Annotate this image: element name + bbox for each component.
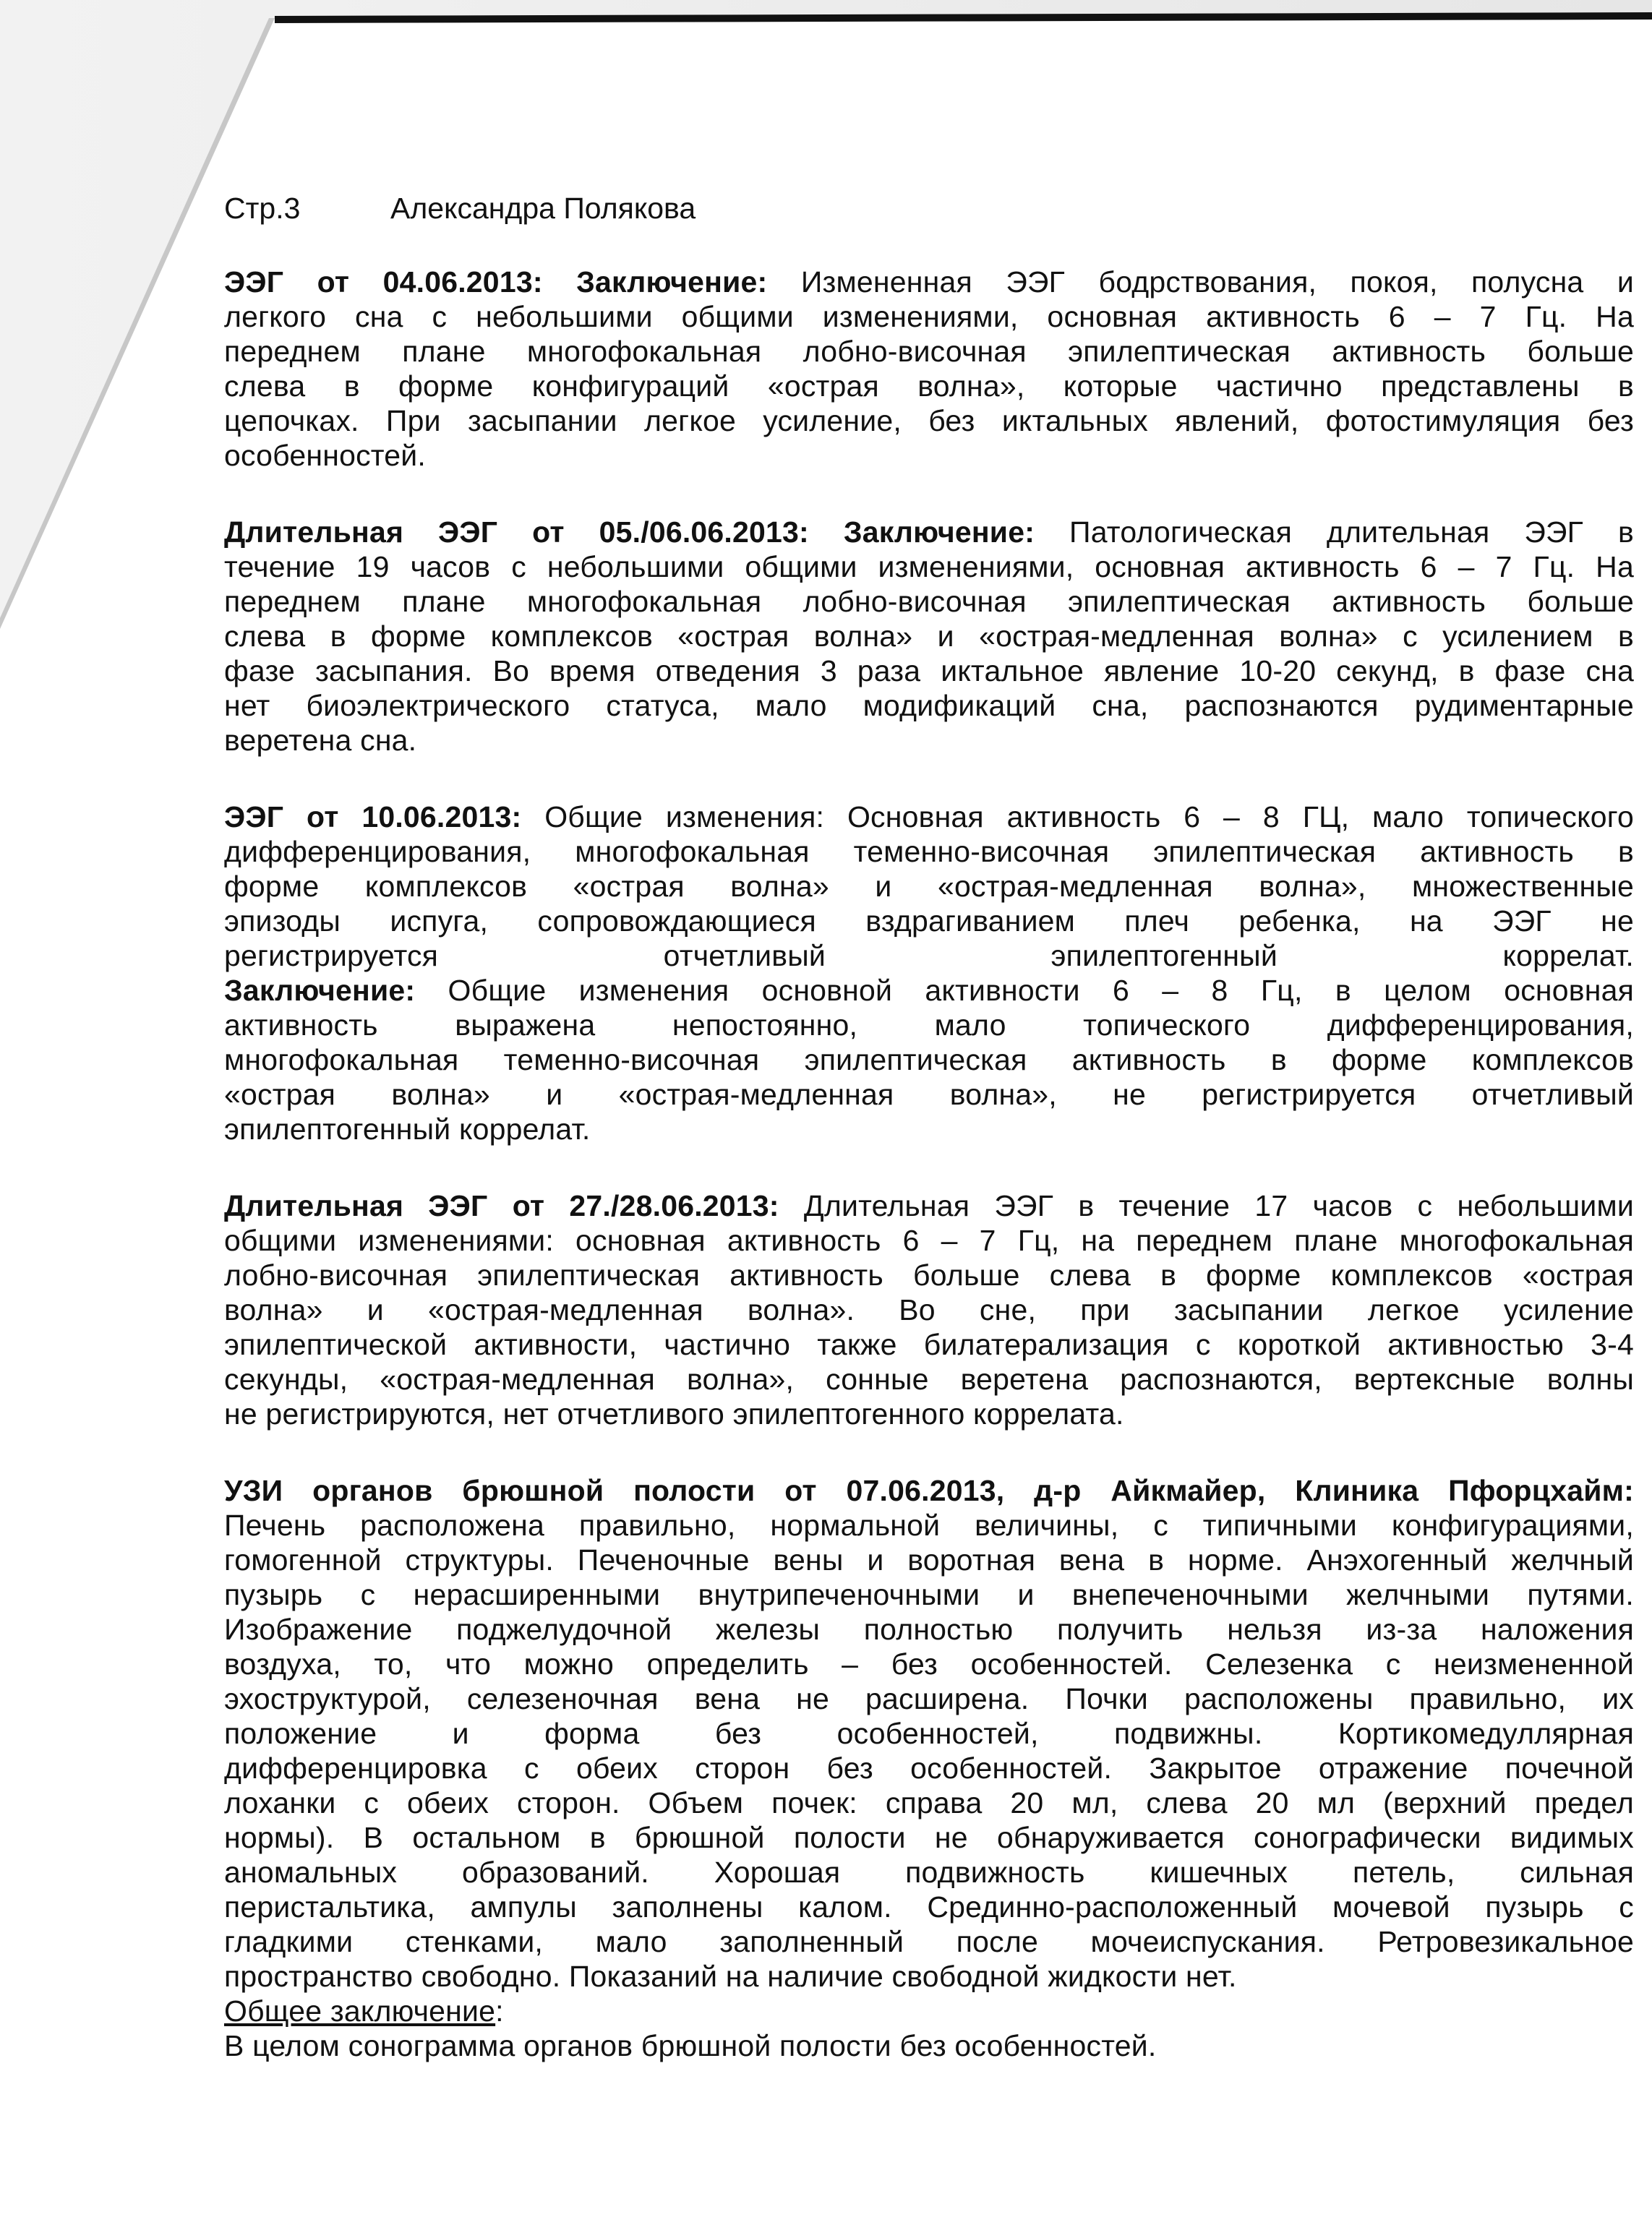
text: эпилептогенный коррелат. bbox=[224, 1112, 590, 1146]
text: веретена сна. bbox=[224, 724, 416, 757]
text-line: легкого сна с небольшими общими изменени… bbox=[224, 299, 1634, 334]
text-line: переднем плане многофокальная лобно-висо… bbox=[224, 584, 1634, 619]
bold-label: ЭЭГ от 04.06.2013: Заключение: bbox=[224, 265, 767, 299]
text-line: гладкими стенками, мало заполненный посл… bbox=[224, 1924, 1634, 1959]
text: В целом сонограмма органов брюшной полос… bbox=[224, 2029, 1156, 2062]
text: волна» и «острая-медленная волна». Во сн… bbox=[224, 1293, 1634, 1326]
text: переднем плане многофокальная лобно-висо… bbox=[224, 335, 1634, 368]
text: пузырь с нерасширенными внутрипеченочным… bbox=[224, 1578, 1634, 1611]
text-line: гомогенной структуры. Печеночные вены и … bbox=[224, 1543, 1634, 1577]
text-line: переднем плане многофокальная лобно-висо… bbox=[224, 334, 1634, 369]
text: слева в форме конфигураций «острая волна… bbox=[224, 369, 1634, 403]
text-line: дифференцирования, многофокальная теменн… bbox=[224, 834, 1634, 869]
text: многофокальная теменно-височная эпилепти… bbox=[224, 1043, 1634, 1076]
text: форме комплексов «острая волна» и «остра… bbox=[224, 870, 1634, 903]
text: положение и форма без особенностей, подв… bbox=[224, 1717, 1634, 1750]
section-heading-line: Длительная ЭЭГ от 05./06.06.2013: Заключ… bbox=[224, 515, 1634, 549]
text-line: цепочках. При засыпании легкое усиление,… bbox=[224, 403, 1634, 438]
bold-label: Длительная ЭЭГ от 05./06.06.2013: Заключ… bbox=[224, 515, 1035, 549]
text: лоханки с обеих сторон. Объем почек: спр… bbox=[224, 1786, 1634, 1819]
text: Длительная ЭЭГ в течение 17 часов с небо… bbox=[779, 1189, 1634, 1222]
text-line: лобно-височная эпилептическая активность… bbox=[224, 1258, 1634, 1292]
section-eeg-0406: ЭЭГ от 04.06.2013: Заключение: Измененна… bbox=[224, 265, 1634, 473]
text-line: нет биоэлектрического статуса, мало моди… bbox=[224, 688, 1634, 723]
text-line: эпилептогенный коррелат. bbox=[224, 1112, 1634, 1146]
page-header: Стр.3Александра Полякова bbox=[224, 188, 1634, 228]
text-line: течение 19 часов с небольшими общими изм… bbox=[224, 549, 1634, 584]
text: Общие изменения: Основная активность 6 –… bbox=[521, 800, 1634, 833]
text: аномальных образований. Хорошая подвижно… bbox=[224, 1856, 1634, 1889]
text: активность выражена непостоянно, мало то… bbox=[224, 1008, 1634, 1042]
text: общими изменениями: основная активность … bbox=[224, 1224, 1634, 1257]
text-line: Заключение: Общие изменения основной акт… bbox=[224, 973, 1634, 1008]
text: гладкими стенками, мало заполненный посл… bbox=[224, 1925, 1634, 1958]
text-line: воздуха, то, что можно определить – без … bbox=[224, 1647, 1634, 1681]
text-line: Печень расположена правильно, нормальной… bbox=[224, 1508, 1634, 1543]
text-line: пространство свободно. Показаний на нали… bbox=[224, 1959, 1634, 1994]
text-line: В целом сонограмма органов брюшной полос… bbox=[224, 2028, 1634, 2063]
text: дифференцирования, многофокальная теменн… bbox=[224, 835, 1634, 868]
text-line: «острая волна» и «острая-медленная волна… bbox=[224, 1077, 1634, 1112]
text-line: фазе засыпания. Во время отведения 3 раз… bbox=[224, 653, 1634, 688]
text-line: веретена сна. bbox=[224, 723, 1634, 758]
text: течение 19 часов с небольшими общими изм… bbox=[224, 550, 1634, 583]
text: Печень расположена правильно, нормальной… bbox=[224, 1509, 1634, 1542]
text-line: особенностей. bbox=[224, 438, 1634, 473]
section-heading-line: ЭЭГ от 04.06.2013: Заключение: Измененна… bbox=[224, 265, 1634, 299]
underlined-label: Общее заключение bbox=[224, 1994, 495, 2028]
text-line: слева в форме конфигураций «острая волна… bbox=[224, 369, 1634, 403]
text-line: многофокальная теменно-височная эпилепти… bbox=[224, 1042, 1634, 1077]
page-number: Стр.3 bbox=[224, 188, 390, 228]
text-line: лоханки с обеих сторон. Объем почек: спр… bbox=[224, 1785, 1634, 1820]
text: секунды, «острая-медленная волна», сонны… bbox=[224, 1363, 1634, 1396]
text-line: регистрируется отчетливый эпилептогенный… bbox=[224, 938, 1634, 973]
text: цепочках. При засыпании легкое усиление,… bbox=[224, 404, 1634, 437]
section-eeg-0506: Длительная ЭЭГ от 05./06.06.2013: Заключ… bbox=[224, 515, 1634, 758]
text: регистрируется отчетливый эпилептогенный… bbox=[224, 939, 1634, 972]
text: эпилептической активности, частично такж… bbox=[224, 1328, 1634, 1361]
text-line: форме комплексов «острая волна» и «остра… bbox=[224, 869, 1634, 904]
section-heading-line: Длительная ЭЭГ от 27./28.06.2013: Длител… bbox=[224, 1188, 1634, 1223]
text: : bbox=[495, 1994, 504, 2028]
bold-label: УЗИ органов брюшной полости от 07.06.201… bbox=[224, 1474, 1634, 1507]
report-sections: ЭЭГ от 04.06.2013: Заключение: Измененна… bbox=[224, 265, 1634, 2063]
text-line: слева в форме комплексов «острая волна» … bbox=[224, 619, 1634, 653]
text: «острая волна» и «острая-медленная волна… bbox=[224, 1078, 1634, 1111]
section-heading-line: УЗИ органов брюшной полости от 07.06.201… bbox=[224, 1473, 1634, 1508]
document-page: Стр.3Александра Полякова ЭЭГ от 04.06.20… bbox=[224, 188, 1634, 2105]
section-heading-line: ЭЭГ от 10.06.2013: Общие изменения: Осно… bbox=[224, 799, 1634, 834]
text: нормы). В остальном в брюшной полости не… bbox=[224, 1821, 1634, 1854]
text: слева в форме комплексов «острая волна» … bbox=[224, 620, 1634, 653]
bold-label: Длительная ЭЭГ от 27./28.06.2013: bbox=[224, 1189, 779, 1222]
text-line: нормы). В остальном в брюшной полости не… bbox=[224, 1820, 1634, 1855]
text: Патологическая длительная ЭЭГ в bbox=[1035, 515, 1634, 549]
text: воздуха, то, что можно определить – без … bbox=[224, 1647, 1634, 1681]
text-line: активность выражена непостоянно, мало то… bbox=[224, 1008, 1634, 1042]
text-line: аномальных образований. Хорошая подвижно… bbox=[224, 1855, 1634, 1890]
text: перистальтика, ампулы заполнены калом. С… bbox=[224, 1890, 1634, 1924]
bold-label: ЭЭГ от 10.06.2013: bbox=[224, 800, 521, 833]
text: лобно-височная эпилептическая активность… bbox=[224, 1259, 1634, 1292]
text-line: эпилептической активности, частично такж… bbox=[224, 1327, 1634, 1362]
bold-label: Заключение: bbox=[224, 974, 415, 1007]
patient-name: Александра Полякова bbox=[390, 192, 696, 225]
text-line: эпизоды испуга, сопровождающиеся вздраги… bbox=[224, 904, 1634, 938]
text: нет биоэлектрического статуса, мало моди… bbox=[224, 689, 1634, 722]
text: эхоструктурой, селезеночная вена не расш… bbox=[224, 1682, 1634, 1715]
text-line: общими изменениями: основная активность … bbox=[224, 1223, 1634, 1258]
text-line: Общее заключение: bbox=[224, 1994, 1634, 2028]
text: не регистрируются, нет отчетливого эпиле… bbox=[224, 1397, 1124, 1431]
text-line: положение и форма без особенностей, подв… bbox=[224, 1716, 1634, 1751]
text: особенностей. bbox=[224, 439, 426, 472]
section-ultrasound-0706: УЗИ органов брюшной полости от 07.06.201… bbox=[224, 1473, 1634, 2063]
text-line: эхоструктурой, селезеночная вена не расш… bbox=[224, 1681, 1634, 1716]
text-line: перистальтика, ампулы заполнены калом. С… bbox=[224, 1890, 1634, 1924]
text-line: не регистрируются, нет отчетливого эпиле… bbox=[224, 1397, 1634, 1431]
text: переднем плане многофокальная лобно-висо… bbox=[224, 585, 1634, 618]
text: эпизоды испуга, сопровождающиеся вздраги… bbox=[224, 904, 1634, 938]
section-eeg-2706: Длительная ЭЭГ от 27./28.06.2013: Длител… bbox=[224, 1188, 1634, 1431]
text: Изображение поджелудочной железы полност… bbox=[224, 1613, 1634, 1646]
section-eeg-1006: ЭЭГ от 10.06.2013: Общие изменения: Осно… bbox=[224, 799, 1634, 1146]
text: Измененная ЭЭГ бодрствования, покоя, пол… bbox=[767, 265, 1634, 299]
text-line: Изображение поджелудочной железы полност… bbox=[224, 1612, 1634, 1647]
text: гомогенной структуры. Печеночные вены и … bbox=[224, 1543, 1634, 1577]
text: легкого сна с небольшими общими изменени… bbox=[224, 300, 1634, 333]
text-line: секунды, «острая-медленная волна», сонны… bbox=[224, 1362, 1634, 1397]
text: Общие изменения основной активности 6 – … bbox=[415, 974, 1634, 1007]
text: пространство свободно. Показаний на нали… bbox=[224, 1960, 1237, 1993]
text-line: волна» и «острая-медленная волна». Во сн… bbox=[224, 1292, 1634, 1327]
text-line: пузырь с нерасширенными внутрипеченочным… bbox=[224, 1577, 1634, 1612]
text: фазе засыпания. Во время отведения 3 раз… bbox=[224, 654, 1634, 687]
text-line: дифференцировка с обеих сторон без особе… bbox=[224, 1751, 1634, 1785]
text: дифференцировка с обеих сторон без особе… bbox=[224, 1752, 1634, 1785]
